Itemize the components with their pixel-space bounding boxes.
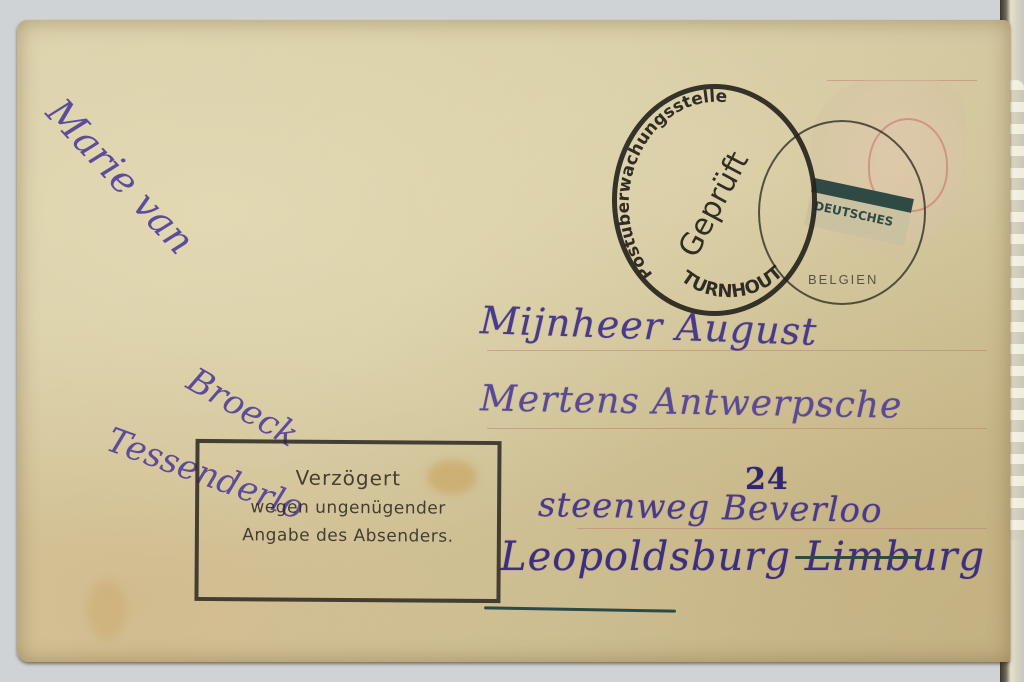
address-guide-line: [487, 428, 987, 429]
address-line-3: steenweg Beverloo: [538, 485, 883, 531]
delay-stamp-line-1: Verzögert: [199, 465, 497, 491]
postmark-text: BELGIEN: [808, 272, 878, 287]
delay-stamp-line-3: Angabe des Absenders.: [199, 525, 497, 547]
address-line-2: Mertens Antwerpsche: [480, 378, 903, 426]
svg-text:TURNHOUT: TURNHOUT: [677, 262, 787, 303]
delay-stamp: Verzögert wegen ungenügender Angabe des …: [194, 439, 501, 603]
stain: [87, 580, 127, 640]
censor-stamp: Postüberwachungsstelle TURNHOUT Geprüft: [612, 84, 817, 316]
underline-stroke: [795, 556, 920, 559]
delay-stamp-line-2: wegen ungenügender: [199, 497, 497, 519]
